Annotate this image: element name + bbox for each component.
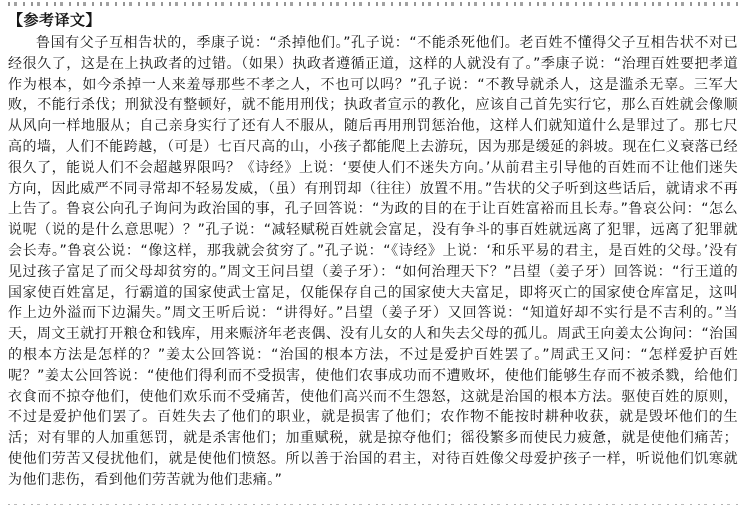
translation-paragraph: 鲁国有父子互相告状的，季康子说：“杀掉他们。”孔子说：“不能杀死他们。老百姓不懂…: [8, 33, 738, 491]
clipped-text-row-top: [8, 2, 738, 6]
reference-translation-heading: 【参考译文】: [8, 9, 738, 31]
document-page: 【参考译文】 鲁国有父子互相告状的，季康子说：“杀掉他们。”孔子说：“不能杀死他…: [0, 2, 745, 505]
